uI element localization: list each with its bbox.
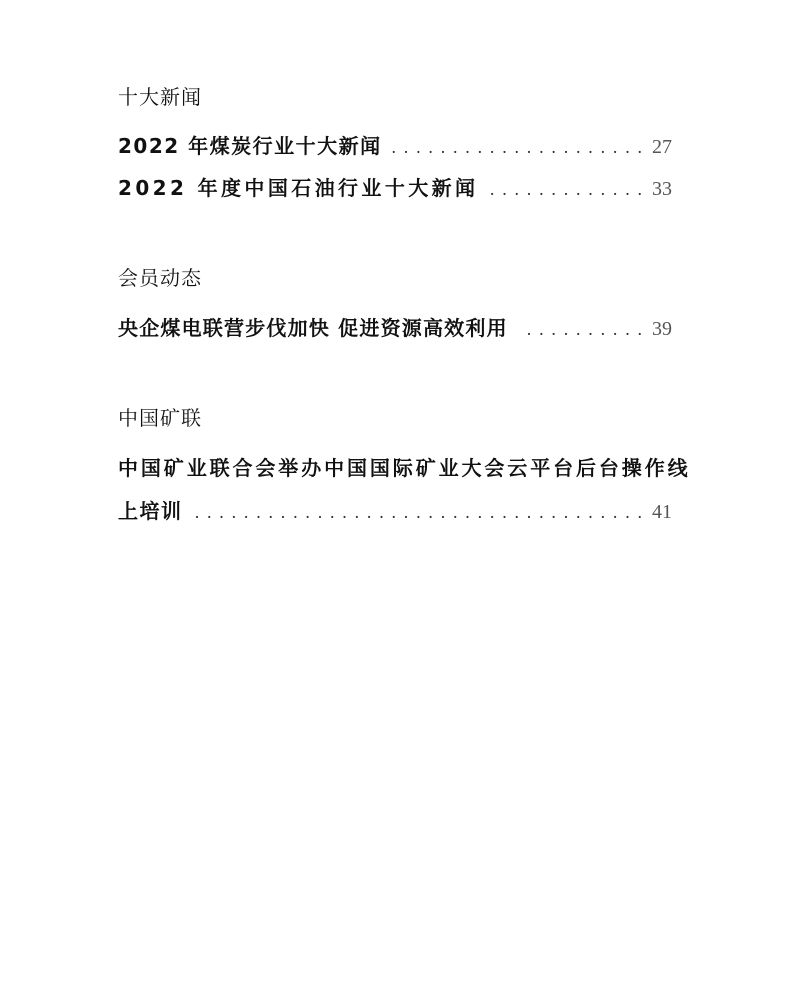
toc-page-number[interactable]: 27 (650, 134, 672, 160)
dot-leader (386, 134, 642, 160)
dot-leader (191, 499, 643, 525)
toc-entry-title[interactable]: 2022 年度中国石油行业十大新闻 (118, 175, 478, 201)
toc-entry-title-line1[interactable]: 中国矿业联合会举办中国国际矿业大会云平台后台操作线 (118, 455, 672, 481)
dot-leader (518, 316, 642, 342)
dot-leader (482, 176, 642, 202)
section-heading-member-news: 会员动态 (118, 265, 202, 291)
section-heading-china-mining-association: 中国矿联 (118, 405, 202, 431)
toc-entry[interactable]: 2022 年煤炭行业十大新闻 27 (118, 133, 672, 159)
toc-page-number[interactable]: 33 (650, 176, 672, 202)
toc-page-number[interactable]: 41 (650, 499, 672, 525)
section-heading-top-ten-news: 十大新闻 (118, 84, 202, 110)
toc-entry-title-line2[interactable]: 上培训 (118, 498, 183, 524)
toc-entry-title[interactable]: 央企煤电联营步伐加快 促进资源高效利用 (118, 315, 508, 341)
toc-entry-title[interactable]: 2022 年煤炭行业十大新闻 (118, 133, 382, 159)
toc-page-number[interactable]: 39 (650, 316, 672, 342)
toc-entry[interactable]: 中国矿业联合会举办中国国际矿业大会云平台后台操作线 上培训 41 (118, 455, 672, 524)
toc-entry[interactable]: 央企煤电联营步伐加快 促进资源高效利用 39 (118, 315, 672, 341)
toc-entry[interactable]: 2022 年度中国石油行业十大新闻 33 (118, 175, 672, 201)
